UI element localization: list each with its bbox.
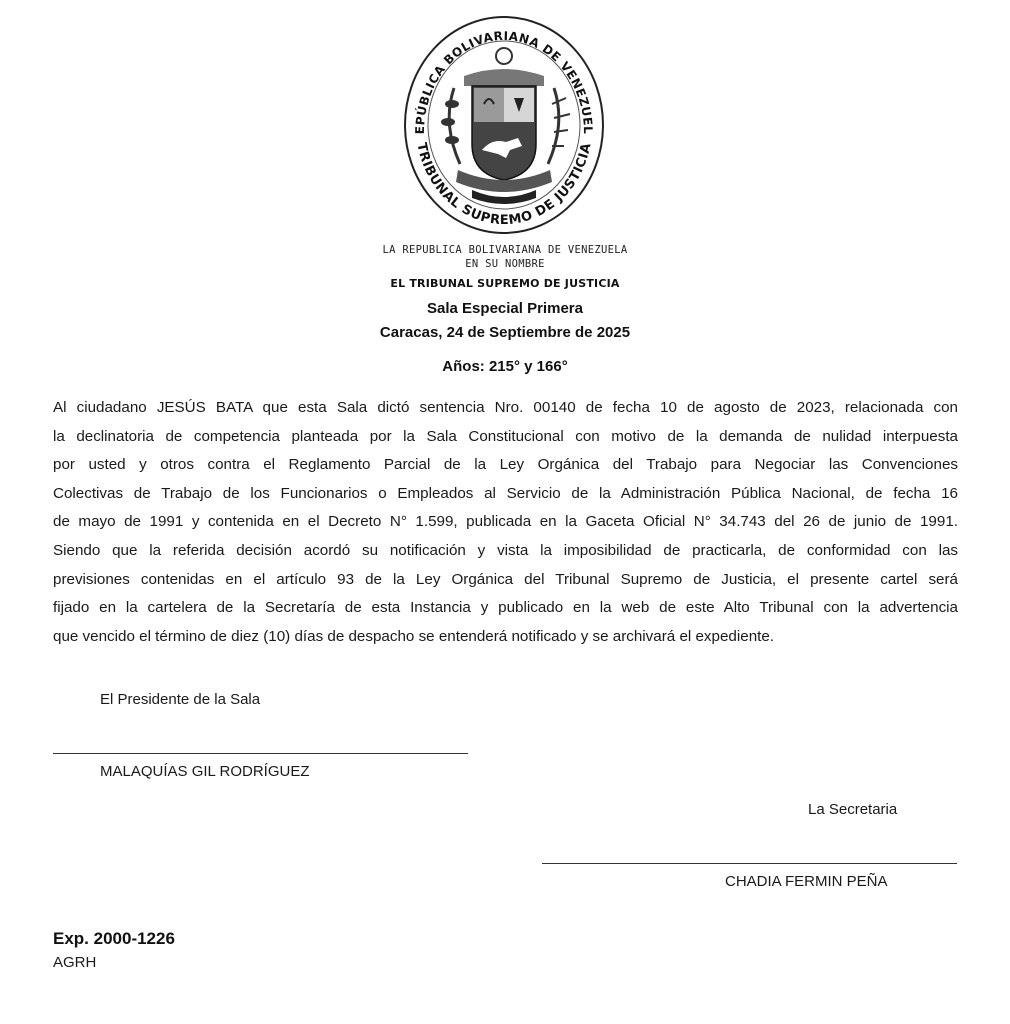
header-in-its-name-line: EN SU NOMBRE bbox=[0, 258, 1010, 270]
body-line: que vencido el término de diez (10) días… bbox=[53, 623, 958, 652]
header-chamber: Sala Especial Primera bbox=[0, 300, 1010, 317]
body-line: Siendo que la referida decisión acordó s… bbox=[53, 537, 958, 566]
body-line: por usted y otros contra el Reglamento P… bbox=[53, 451, 958, 480]
header-place-date: Caracas, 24 de Septiembre de 2025 bbox=[0, 324, 1010, 341]
secretary-name: CHADIA FERMIN PEÑA bbox=[725, 873, 888, 890]
president-signature-line bbox=[53, 753, 468, 754]
header-court-name: EL TRIBUNAL SUPREMO DE JUSTICIA bbox=[0, 277, 1010, 290]
body-line: previsiones contenidas en el artículo 93… bbox=[53, 566, 958, 595]
president-name: MALAQUÍAS GIL RODRÍGUEZ bbox=[100, 763, 309, 780]
body-line: Al ciudadano JESÚS BATA que esta Sala di… bbox=[53, 394, 958, 423]
body-line: la declinatoria de competencia planteada… bbox=[53, 423, 958, 452]
body-line: Colectivas de Trabajo de los Funcionario… bbox=[53, 480, 958, 509]
tsj-seal-emblem: REPÚBLICA BOLIVARIANA DE VENEZUELA TRIBU… bbox=[402, 14, 606, 236]
body-line: de mayo de 1991 y contenida en el Decret… bbox=[53, 508, 958, 537]
author-initials: AGRH bbox=[53, 954, 96, 971]
president-title: El Presidente de la Sala bbox=[100, 691, 260, 708]
header-republic-line: LA REPUBLICA BOLIVARIANA DE VENEZUELA bbox=[0, 244, 1010, 256]
secretary-title: La Secretaria bbox=[808, 801, 897, 818]
notice-body-paragraph: Al ciudadano JESÚS BATA que esta Sala di… bbox=[53, 394, 958, 651]
body-line: fijado en la cartelera de la Secretaría … bbox=[53, 594, 958, 623]
secretary-signature-line bbox=[542, 863, 957, 864]
case-file-number: Exp. 2000-1226 bbox=[53, 929, 175, 949]
header-years: Años: 215° y 166° bbox=[0, 358, 1010, 375]
